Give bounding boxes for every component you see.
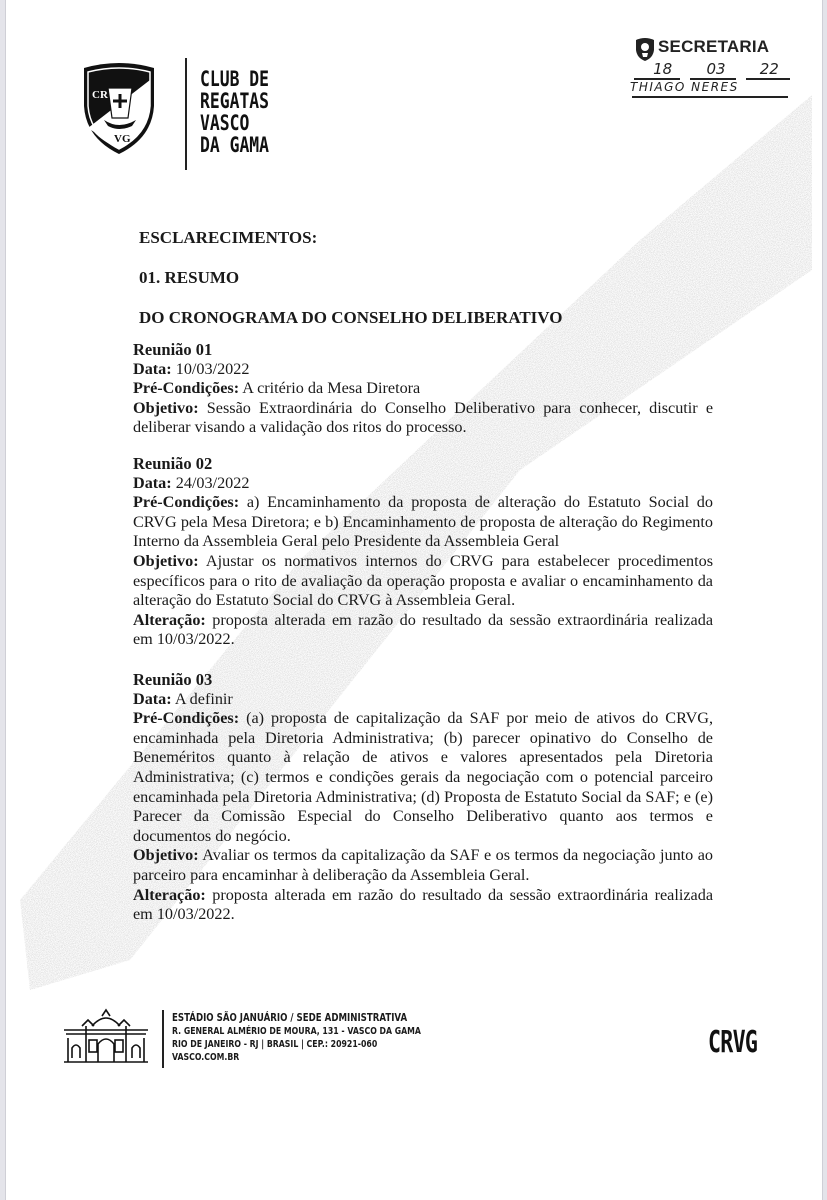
meeting-preconditions: Pré-Condições: a) Encaminhamento da prop…	[133, 493, 713, 552]
meeting-02: Reunião 02 Data: 24/03/2022 Pré-Condiçõe…	[133, 454, 713, 650]
objective-label: Objetivo:	[133, 552, 199, 570]
meeting-preconditions: Pré-Condições: A critério da Mesa Direto…	[133, 379, 713, 399]
meeting-objective: Objetivo: Ajustar os normativos internos…	[133, 552, 713, 611]
section-title: 01. RESUMO	[139, 268, 239, 288]
objective-value: Ajustar os normativos internos do CRVG p…	[133, 552, 713, 609]
logo-divider	[185, 58, 187, 170]
club-name-line: DA GAMA	[200, 134, 309, 156]
date-label: Data:	[133, 360, 172, 378]
objective-label: Objetivo:	[133, 846, 199, 864]
objective-label: Objetivo:	[133, 399, 199, 417]
objective-value: Sessão Extraordinária do Conselho Delibe…	[133, 399, 713, 437]
preconditions-value: (a) proposta de capitalização da SAF por…	[133, 709, 713, 845]
preconditions-label: Pré-Condições:	[133, 493, 239, 511]
meeting-date: Data: 24/03/2022	[133, 474, 713, 494]
preconditions-value: A critério da Mesa Diretora	[242, 379, 420, 397]
change-label: Alteração:	[133, 611, 206, 629]
change-label: Alteração:	[133, 886, 206, 904]
meeting-date: Data: A definir	[133, 690, 713, 710]
date-value: 10/03/2022	[176, 360, 250, 378]
document-heading: ESCLARECIMENTOS:	[139, 228, 317, 248]
vasco-crest-icon: CR VG	[78, 58, 160, 156]
stamp-title: SECRETARIA	[658, 37, 769, 57]
preconditions-label: Pré-Condições:	[133, 709, 239, 727]
meeting-change: Alteração: proposta alterada em razão do…	[133, 886, 713, 925]
meeting-preconditions: Pré-Condições: (a) proposta de capitaliz…	[133, 709, 713, 846]
club-name-line: REGATAS	[200, 90, 309, 112]
footer-address: ESTÁDIO SÃO JANUÁRIO / SEDE ADMINISTRATI…	[172, 1012, 421, 1064]
stamp-date: 18 03 22	[636, 60, 796, 78]
date-value: 24/03/2022	[176, 474, 250, 492]
meeting-title: Reunião 02	[133, 454, 713, 474]
stamp-month: 03	[706, 60, 725, 78]
preconditions-label: Pré-Condições:	[133, 379, 239, 397]
secretaria-stamp: SECRETARIA 18 03 22 THIAGO NERES	[628, 30, 798, 100]
club-name-line: CLUB DE	[200, 68, 309, 90]
change-value: proposta alterada em razão do resultado …	[133, 886, 713, 924]
meeting-change: Alteração: proposta alterada em razão do…	[133, 611, 713, 650]
stamp-underline	[632, 96, 788, 98]
date-label: Data:	[133, 474, 172, 492]
change-value: proposta alterada em razão do resultado …	[133, 611, 713, 649]
club-name-line: VASCO	[200, 112, 309, 134]
page-edge-right	[822, 0, 827, 1200]
meeting-01: Reunião 01 Data: 10/03/2022 Pré-Condiçõe…	[133, 340, 713, 438]
stadium-building-icon	[62, 1008, 150, 1064]
date-label: Data:	[133, 690, 172, 708]
stamp-signature: THIAGO NERES	[630, 80, 800, 94]
meeting-date: Data: 10/03/2022	[133, 360, 713, 380]
footer-website-link[interactable]: VASCO.COM.BR	[172, 1051, 421, 1064]
svg-text:VG: VG	[114, 133, 131, 145]
svg-text:CR: CR	[92, 89, 109, 101]
footer-divider	[162, 1010, 164, 1068]
section-subtitle: DO CRONOGRAMA DO CONSELHO DELIBERATIVO	[139, 308, 562, 328]
footer-line-venue: ESTÁDIO SÃO JANUÁRIO / SEDE ADMINISTRATI…	[172, 1012, 421, 1025]
footer-line-street: R. GENERAL ALMÉRIO DE MOURA, 131 - VASCO…	[172, 1025, 421, 1038]
club-name: CLUB DE REGATAS VASCO DA GAMA	[200, 68, 309, 156]
crest-stamp-icon	[634, 36, 656, 62]
meeting-03: Reunião 03 Data: A definir Pré-Condições…	[133, 670, 713, 925]
meeting-title: Reunião 01	[133, 340, 713, 360]
crvg-monogram: CRVG	[708, 1025, 757, 1060]
meeting-objective: Objetivo: Avaliar os termos da capitaliz…	[133, 846, 713, 885]
stamp-year: 22	[760, 60, 779, 78]
footer-line-city: RIO DE JANEIRO - RJ | BRASIL | CEP.: 209…	[172, 1038, 421, 1051]
stamp-day: 18	[653, 60, 672, 78]
objective-value: Avaliar os termos da capitalização da SA…	[133, 846, 713, 884]
meeting-title: Reunião 03	[133, 670, 713, 690]
page-edge-left	[0, 0, 6, 1200]
date-value: A definir	[175, 690, 233, 708]
meeting-objective: Objetivo: Sessão Extraordinária do Conse…	[133, 399, 713, 438]
